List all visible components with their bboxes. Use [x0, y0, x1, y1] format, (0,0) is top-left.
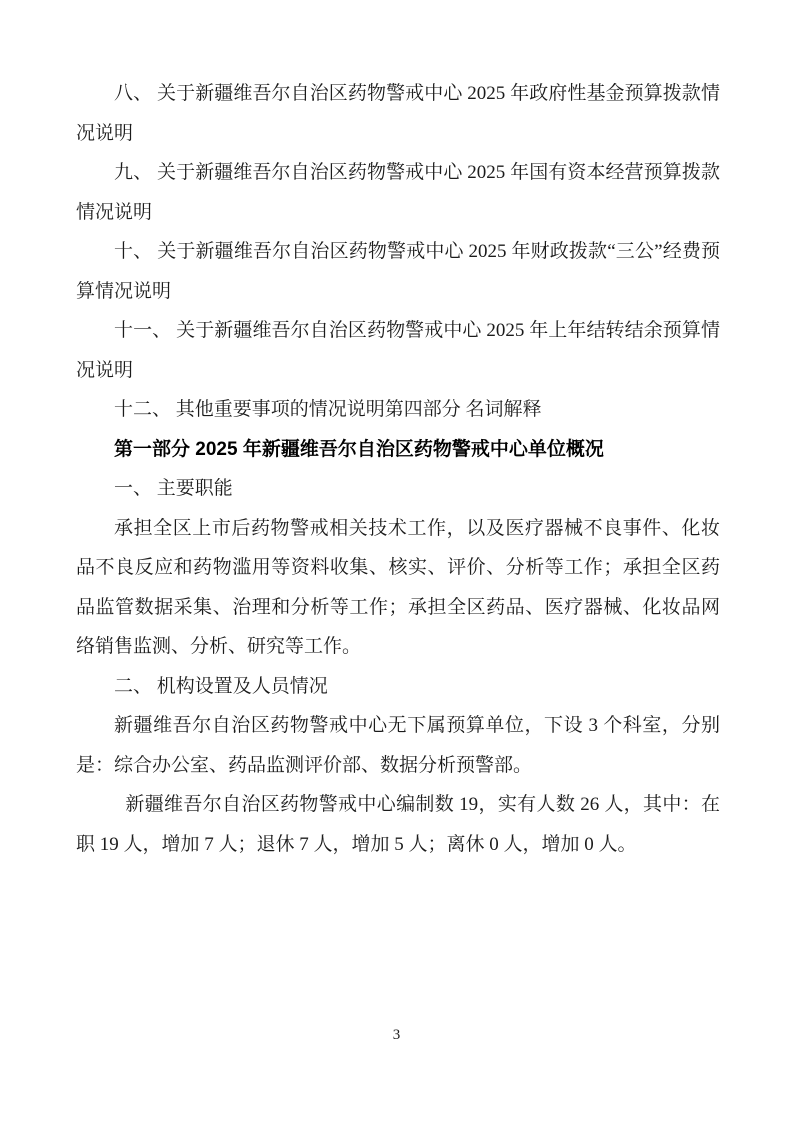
section2-paragraph-2: 新疆维吾尔自治区药物警戒中心编制数 19，实有人数 26 人，其中：在职 19 … — [76, 785, 720, 864]
toc-item-10: 十、 关于新疆维吾尔自治区药物警戒中心 2025 年财政拨款“三公”经费预算情况… — [76, 232, 720, 311]
section1-title: 一、 主要职能 — [76, 469, 720, 509]
page-content: 八、 关于新疆维吾尔自治区药物警戒中心 2025 年政府性基金预算拨款情况说明 … — [0, 0, 793, 864]
page-number: 3 — [0, 1027, 793, 1043]
section2-title: 二、 机构设置及人员情况 — [76, 667, 720, 707]
toc-item-8: 八、 关于新疆维吾尔自治区药物警戒中心 2025 年政府性基金预算拨款情况说明 — [76, 74, 720, 153]
toc-item-11: 十一、 关于新疆维吾尔自治区药物警戒中心 2025 年上年结转结余预算情况说明 — [76, 311, 720, 390]
toc-item-12: 十二、 其他重要事项的情况说明第四部分 名词解释 — [76, 390, 720, 430]
section2-paragraph-1: 新疆维吾尔自治区药物警戒中心无下属预算单位，下设 3 个科室，分别是：综合办公室… — [76, 706, 720, 785]
part1-heading: 第一部分 2025 年新疆维吾尔自治区药物警戒中心单位概况 — [76, 430, 720, 470]
section1-paragraph: 承担全区上市后药物警戒相关技术工作，以及医疗器械不良事件、化妆品不良反应和药物滥… — [76, 509, 720, 667]
document-page: 八、 关于新疆维吾尔自治区药物警戒中心 2025 年政府性基金预算拨款情况说明 … — [0, 0, 793, 1122]
toc-item-9: 九、 关于新疆维吾尔自治区药物警戒中心 2025 年国有资本经营预算拨款情况说明 — [76, 153, 720, 232]
